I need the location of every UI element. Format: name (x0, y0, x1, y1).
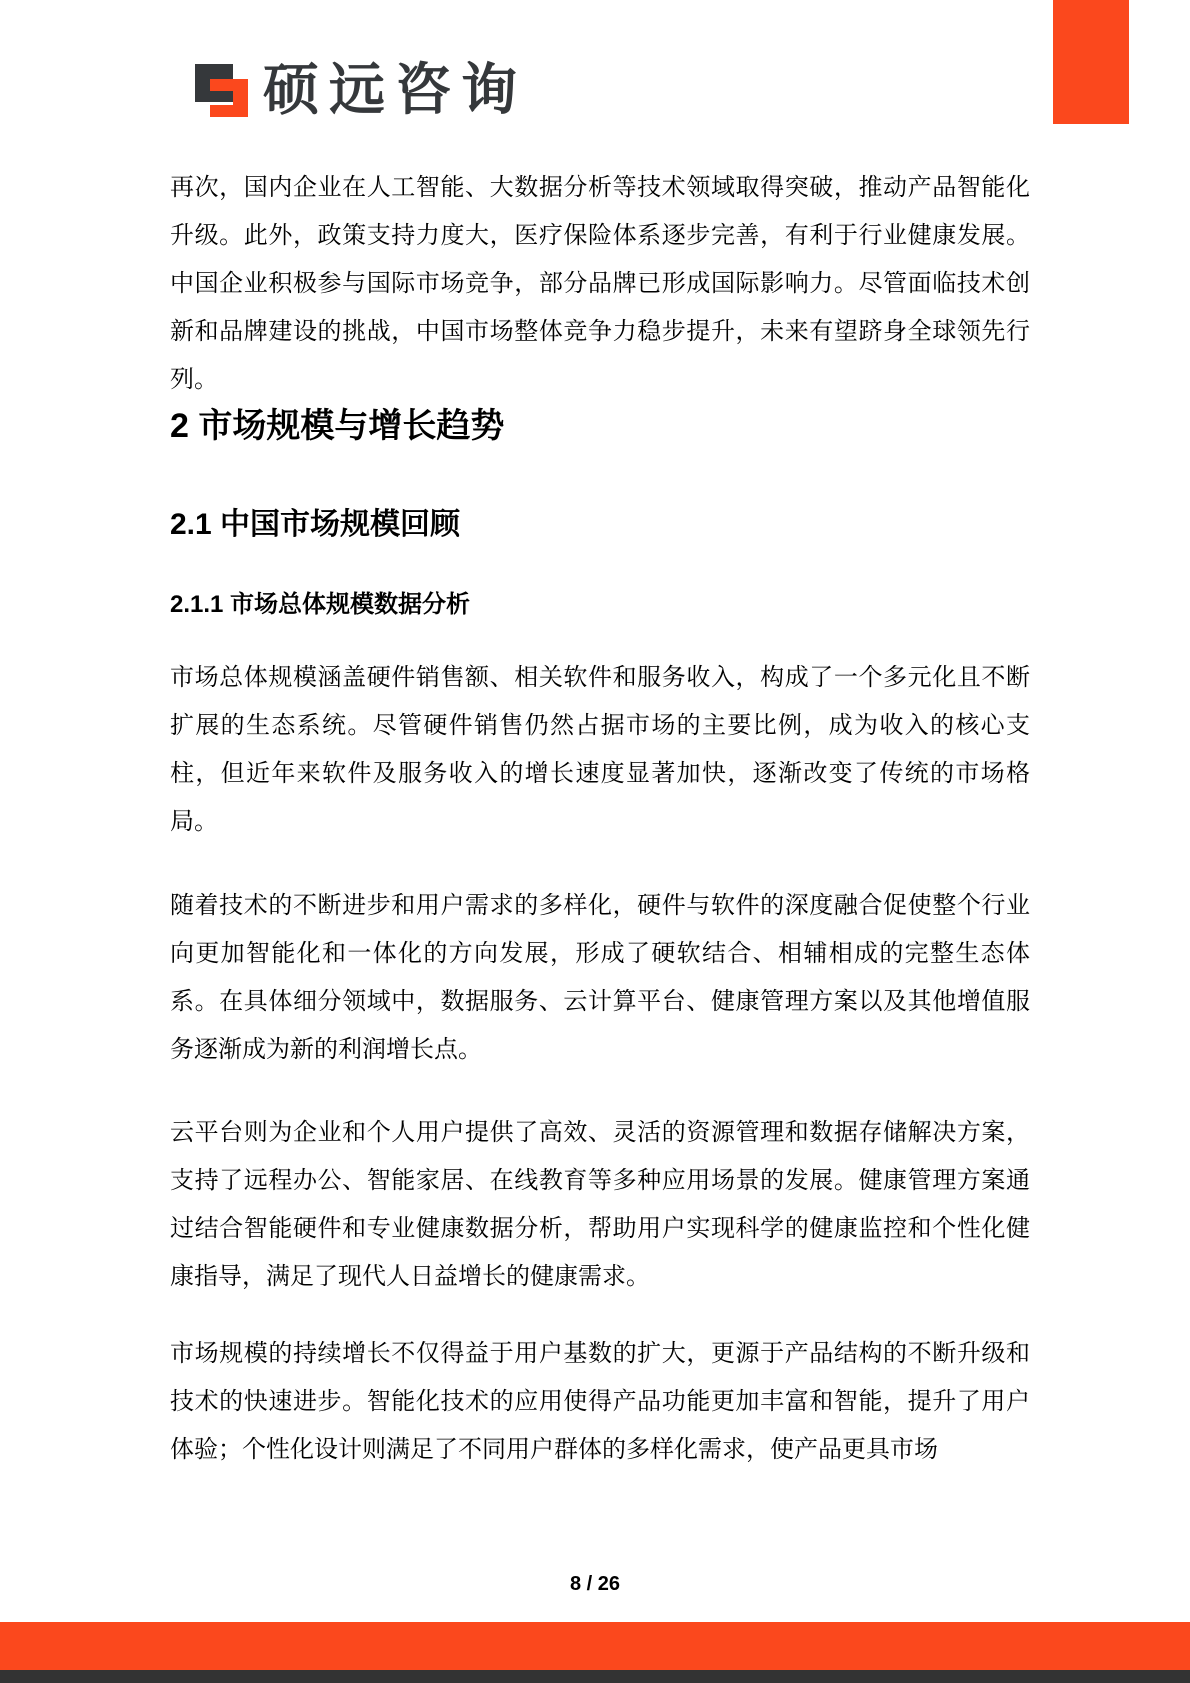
subsection-heading: 2.1 中国市场规模回顾 (170, 505, 1030, 545)
paragraph-intro: 再次，国内企业在人工智能、大数据分析等技术领域取得突破，推动产品智能化升级。此外… (170, 164, 1030, 404)
document-body: 再次，国内企业在人工智能、大数据分析等技术领域取得突破，推动产品智能化升级。此外… (170, 0, 1030, 1474)
subsubsection-heading: 2.1.1 市场总体规模数据分析 (170, 587, 1030, 623)
header-corner-accent-block (1053, 0, 1129, 124)
section-heading: 2 市场规模与增长趋势 (170, 404, 1030, 448)
paragraph: 随着技术的不断进步和用户需求的多样化，硬件与软件的深度融合促使整个行业向更加智能… (170, 882, 1030, 1074)
paragraph: 云平台则为企业和个人用户提供了高效、灵活的资源管理和数据存储解决方案，支持了远程… (170, 1109, 1030, 1301)
paragraph: 市场规模的持续增长不仅得益于用户基数的扩大，更源于产品结构的不断升级和技术的快速… (170, 1330, 1030, 1474)
document-page: 硕远咨询 再次，国内企业在人工智能、大数据分析等技术领域取得突破，推动产品智能化… (0, 0, 1190, 1683)
paragraph: 市场总体规模涵盖硬件销售额、相关软件和服务收入，构成了一个多元化且不断扩展的生态… (170, 654, 1030, 846)
footer-dark-band (0, 1670, 1190, 1683)
page-number: 8 / 26 (0, 1572, 1190, 1596)
footer-accent-band (0, 1622, 1190, 1670)
